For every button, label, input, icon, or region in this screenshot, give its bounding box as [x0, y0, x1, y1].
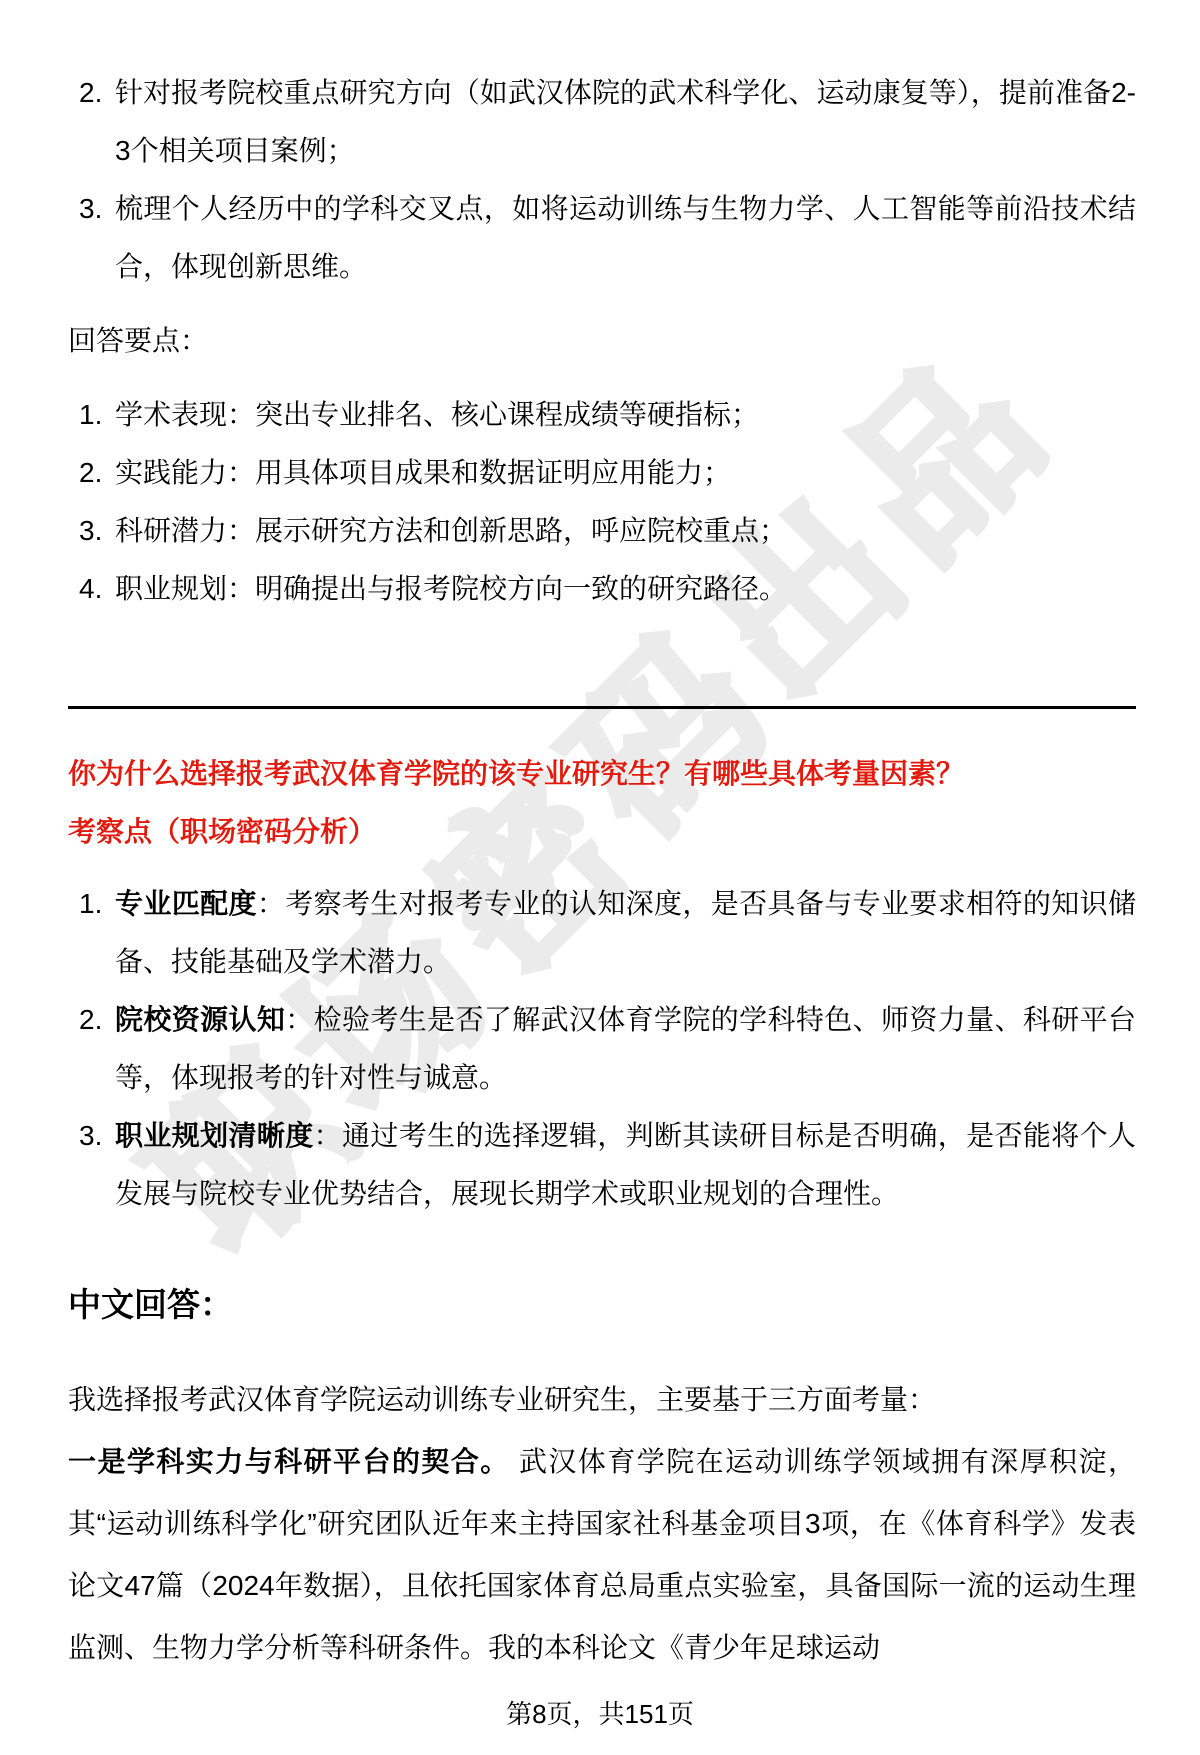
answer-point1-body: 武汉体育学院在运动训练学领域拥有深厚积淀，其“运动训练科学化”研究团队近年来主持…: [68, 1446, 1136, 1663]
list-item-lead: 专业匹配度: [115, 888, 257, 919]
list-item-number: 2.: [68, 444, 115, 502]
list-item: 3. 科研潜力：展示研究方法和创新思路，呼应院校重点；: [68, 502, 1136, 560]
answer-points-list: 1. 学术表现：突出专业排名、核心课程成绩等硬指标； 2. 实践能力：用具体项目…: [68, 386, 1136, 618]
list-item: 3. 职业规划清晰度：通过考生的选择逻辑，判断其读研目标是否明确，是否能将个人发…: [68, 1107, 1136, 1223]
list-item-text: 院校资源认知：检验考生是否了解武汉体育学院的学科特色、师资力量、科研平台等，体现…: [115, 991, 1136, 1107]
list-item: 1. 学术表现：突出专业排名、核心课程成绩等硬指标；: [68, 386, 1136, 444]
chinese-answer-heading: 中文回答：: [68, 1283, 1136, 1327]
list-item-number: 1.: [68, 875, 115, 933]
list-item-text: 职业规划：明确提出与报考院校方向一致的研究路径。: [115, 560, 1136, 618]
list-item-text: 实践能力：用具体项目成果和数据证明应用能力；: [115, 444, 1136, 502]
analysis-heading: 考察点（职场密码分析）: [68, 803, 1136, 861]
list-item: 4. 职业规划：明确提出与报考院校方向一致的研究路径。: [68, 560, 1136, 618]
preparation-list: 2. 针对报考院校重点研究方向（如武汉体院的武术科学化、运动康复等），提前准备2…: [68, 64, 1136, 296]
list-item-number: 3.: [68, 180, 115, 238]
list-item-text: 梳理个人经历中的学科交叉点，如将运动训练与生物力学、人工智能等前沿技术结合，体现…: [115, 180, 1136, 296]
answer-intro-paragraph: 我选择报考武汉体育学院运动训练专业研究生，主要基于三方面考量：: [68, 1369, 1136, 1431]
list-item-text: 针对报考院校重点研究方向（如武汉体院的武术科学化、运动康复等），提前准备2-3个…: [115, 64, 1136, 180]
list-item-number: 1.: [68, 386, 115, 444]
list-item-text: 学术表现：突出专业排名、核心课程成绩等硬指标；: [115, 386, 1136, 444]
interview-question-heading: 你为什么选择报考武汉体育学院的该专业研究生？有哪些具体考量因素？: [68, 745, 1136, 803]
list-item-number: 2.: [68, 991, 115, 1049]
list-item-number: 3.: [68, 1107, 115, 1165]
list-item-body: ：考察考生对报考专业的认知深度，是否具备与专业要求相符的知识储备、技能基础及学术…: [115, 888, 1136, 977]
list-item: 3. 梳理个人经历中的学科交叉点，如将运动训练与生物力学、人工智能等前沿技术结合…: [68, 180, 1136, 296]
list-item-text: 专业匹配度：考察考生对报考专业的认知深度，是否具备与专业要求相符的知识储备、技能…: [115, 875, 1136, 991]
list-item: 2. 院校资源认知：检验考生是否了解武汉体育学院的学科特色、师资力量、科研平台等…: [68, 991, 1136, 1107]
document-page: 职场密码出品 2. 针对报考院校重点研究方向（如武汉体院的武术科学化、运动康复等…: [0, 0, 1200, 1755]
page-content: 2. 针对报考院校重点研究方向（如武汉体院的武术科学化、运动康复等），提前准备2…: [68, 64, 1136, 1679]
list-item-number: 3.: [68, 502, 115, 560]
analysis-list: 1. 专业匹配度：考察考生对报考专业的认知深度，是否具备与专业要求相符的知识储备…: [68, 875, 1136, 1223]
list-item-number: 4.: [68, 560, 115, 618]
list-item-lead: 职业规划清晰度: [115, 1120, 314, 1151]
list-item-text: 科研潜力：展示研究方法和创新思路，呼应院校重点；: [115, 502, 1136, 560]
answer-point1-lead: 一是学科实力与科研平台的契合。: [68, 1446, 510, 1477]
section-divider: [68, 706, 1136, 709]
page-number: 第8页，共151页: [0, 1694, 1200, 1731]
list-item-lead: 院校资源认知: [115, 1004, 285, 1035]
list-item-number: 2.: [68, 64, 115, 122]
answer-points-heading: 回答要点：: [68, 312, 1136, 370]
list-item-text: 职业规划清晰度：通过考生的选择逻辑，判断其读研目标是否明确，是否能将个人发展与院…: [115, 1107, 1136, 1223]
list-item: 1. 专业匹配度：考察考生对报考专业的认知深度，是否具备与专业要求相符的知识储备…: [68, 875, 1136, 991]
answer-point1-paragraph: 一是学科实力与科研平台的契合。 武汉体育学院在运动训练学领域拥有深厚积淀，其“运…: [68, 1431, 1136, 1679]
list-item: 2. 实践能力：用具体项目成果和数据证明应用能力；: [68, 444, 1136, 502]
list-item: 2. 针对报考院校重点研究方向（如武汉体院的武术科学化、运动康复等），提前准备2…: [68, 64, 1136, 180]
